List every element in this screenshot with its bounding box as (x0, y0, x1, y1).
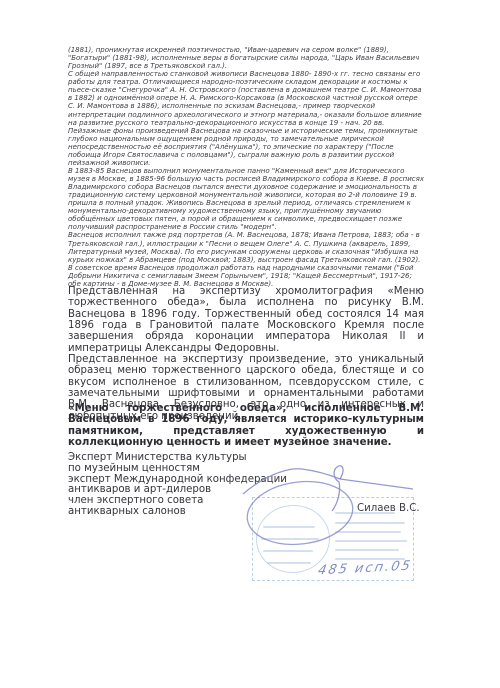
expert-name: Силаев В.С. (357, 503, 420, 514)
list-item: (1881), проникнутая искренней поэтичност… (68, 46, 426, 70)
expertise-paragraph-1: Представленная на экспертизу хромолитогр… (68, 286, 424, 354)
document-page: (1881), проникнутая искренней поэтичност… (0, 0, 500, 688)
list-item: С общей направленностью станковой живопи… (68, 70, 426, 167)
expertise-text: Представленная на экспертизу хромолитогр… (68, 286, 424, 422)
biography-text: (1881), проникнутая искренней поэтичност… (68, 46, 426, 288)
list-item: В 1883-85 Васнецов выполнил монументальн… (68, 167, 426, 232)
conclusion-text: «Меню торжественного обеда», исполненное… (68, 403, 424, 448)
list-item: Васнецов исполнил также ряд портретов (А… (68, 231, 426, 287)
